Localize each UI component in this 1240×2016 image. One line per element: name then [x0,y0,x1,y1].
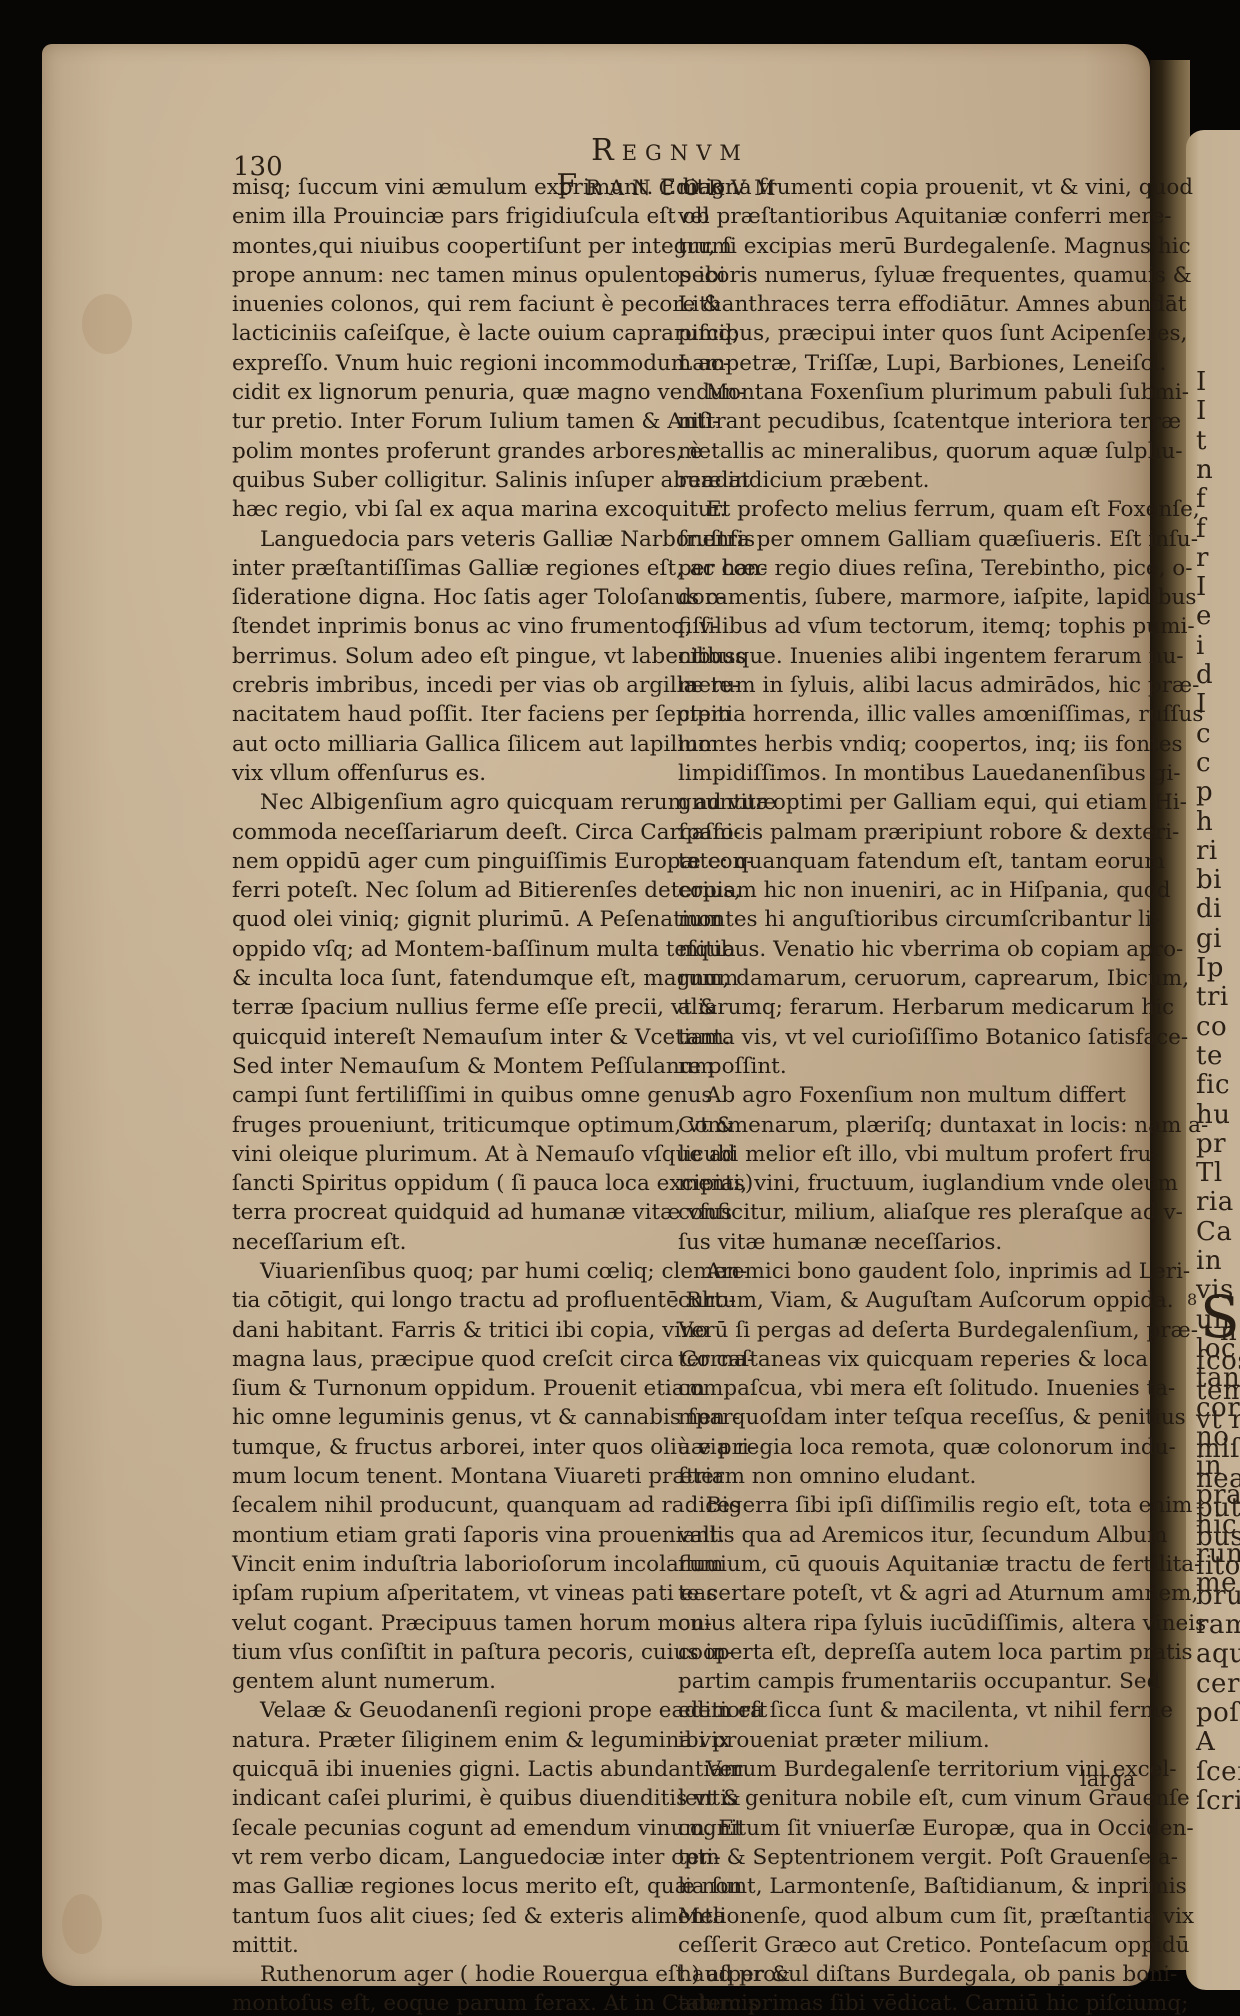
text-line: tem & Septentrionem vergit. Poſt Grauenſ… [678,1843,1124,1872]
text-line: à via regia loca remota, quæ colonorum i… [678,1433,1124,1462]
adjacent-text-fragment: brun [1196,1582,1240,1611]
text-line: Montana Foxenſium plurimum pabuli ſubmi- [678,378,1124,407]
text-line: pecoris numerus, ſyluæ frequentes, quamu… [678,261,1124,290]
text-line: inter præſtantiſſimas Galliæ regiones eſ… [232,554,664,583]
text-line: mitibus. Venatio hic vberrima ob copiam … [678,935,1124,964]
adjacent-text-fragment: bus [1196,1523,1240,1552]
text-line: misq; ſuccum vini æmulum exprimunt. Edit… [232,173,664,202]
text-line: indicant caſei plurimi, è quibus diuendi… [232,1784,664,1813]
text-line: ſancti Spiritus oppidum ( ſi pauca loca … [232,1169,664,1198]
margin-number: 8 [1187,1290,1197,1309]
text-line: tanta vis, vt vel curioſiſſimo Botanico … [678,1023,1124,1052]
adjacent-text-fragment: ri [1196,837,1218,866]
text-line: terræ ſpacium nullius ferme eſſe precii,… [232,993,664,1022]
adjacent-text-fragment: gi [1196,925,1222,954]
text-line: ferri poteſt. Nec ſolum ad Bitierenſes d… [232,876,664,905]
text-line: Verū ſi pergas ad deſerta Burdegalenſium… [678,1316,1124,1345]
text-line: fruſtra per omnem Galliam quæſiueris. Eſ… [678,525,1124,554]
text-line: copiam hic non inueniri, ac in Hiſpania,… [678,876,1124,905]
text-line: lacticiniis caſeiſque, è lacte ouium cap… [232,319,664,348]
adjacent-text-fragment: n [1220,1318,1237,1347]
text-line: licubi melior eſt illo, vbi multum profe… [678,1140,1124,1169]
adjacent-text-fragment: aqua [1196,1640,1240,1669]
text-line: Lampetræ, Triſſæ, Lupi, Barbiones, Lenei… [678,349,1124,378]
adjacent-text-fragment: ſcen [1196,1758,1240,1787]
adjacent-text-fragment: t [1196,427,1207,456]
text-line: compaſcua, vbi mera eſt ſolitudo. Inueni… [678,1374,1124,1403]
adjacent-text-fragment: miſſ [1196,1435,1240,1464]
paper-stain [82,294,132,354]
adjacent-text-fragment: te [1196,1042,1223,1071]
adjacent-text-fragment: litos [1196,1552,1240,1581]
text-line: niſtrant pecudibus, ſcatentque interiora… [678,407,1124,436]
text-line: quicquid intereſt Nemauſum inter & Vceti… [232,1023,664,1052]
text-line: hic omne leguminis genus, vt & cannabis … [232,1403,664,1432]
adjacent-page: IItnffrIeidIccphribidigiIptricotefichupr… [1186,130,1240,1990]
text-line: reæ indicium præbent. [678,466,1124,495]
adjacent-text-fragment: vt n [1196,1406,1240,1435]
adjacent-text-fragment: i [1196,632,1205,661]
paper-stain [62,1894,102,1954]
adjacent-text-fragment: I [1196,368,1207,397]
adjacent-text-fragment: poſſe [1196,1699,1240,1728]
adjacent-text-fragment: ria [1196,1188,1234,1217]
text-line: metallis ac mineralibus, quorum aquæ ſul… [678,437,1124,466]
text-line: re poſſint. [678,1052,1124,1081]
text-line: Sed inter Nemauſum & Montem Peſſulanum [232,1052,664,1081]
adjacent-text-fragment: ſcrip [1196,1787,1240,1816]
adjacent-text-fragment: Ca [1196,1218,1232,1247]
text-line: Viuarienſibus quoq; par humi cœliq; clem… [232,1257,664,1286]
text-line: editiora ſicca ſunt & macilenta, vt nihi… [678,1696,1124,1725]
text-line: cidit ex lignorum penuria, quæ magno ven… [232,378,664,407]
text-line: Nec Albigenſium agro quicquam rerum ad v… [232,788,664,817]
text-line: prope annum: nec tamen minus opulentos i… [232,261,664,290]
text-line: Ab agro Foxenſium non multum differt [678,1081,1124,1110]
text-line: aut octo milliaria Gallica ſilicem aut l… [232,730,664,759]
text-line: fiſſilibus ad vſum tectorum, itemq; toph… [678,612,1124,641]
text-line: piſcibus, præcipui inter quos ſunt Acipe… [678,319,1124,348]
text-line: polim montes proferunt grandes arbores, … [232,437,664,466]
text-line: hæc regio, vbi ſal ex aqua marina excoqu… [232,495,664,524]
text-line: men quoſdam inter teſqua receſſus, & pen… [678,1403,1124,1432]
adjacent-text-fragment: c [1196,749,1211,778]
text-line: terra procreat quidquid ad humanæ vitæ v… [232,1198,664,1227]
text-line: montes,qui niuibus coopertiſunt per inte… [232,232,664,261]
text-line: neceſſarium eſt. [232,1228,664,1257]
adjacent-text-fragment: A [1196,1728,1215,1757]
text-line: vallis qua ad Aremicos itur, ſecundum Al… [678,1521,1124,1550]
text-line: te certare poteſt, vt & agri ad Aturnum … [678,1579,1124,1608]
text-line: montes herbis vndiq; coopertos, inq; iis… [678,730,1124,759]
adjacent-text-fragment: fic [1196,1071,1230,1100]
text-line: oppido vſq; ad Montem-baſſinum multa teſ… [232,935,664,964]
text-line: magna laus, præcipue quod creſcit circa … [232,1345,664,1374]
text-line: ſus vitæ humanæ neceſſarios. [678,1228,1124,1257]
text-line: ſpanicis palmam præripiunt robore & dext… [678,818,1124,847]
text-line: partim campis frumentariis occupantur. S… [678,1667,1124,1696]
text-line: Ruthenorum ager ( hodie Rouergua eſt ) a… [232,1960,664,1989]
adjacent-text-fragment: e [1196,602,1212,631]
text-line: ſecale pecunias cogunt ad emendum vinum.… [232,1814,664,1843]
text-line: Lithanthraces terra effodiātur. Amnes ab… [678,290,1124,319]
text-line: aliarumq; ferarum. Herbarum medicarum hi… [678,993,1124,1022]
text-line: mas Galliæ regiones locus merito eſt, qu… [232,1872,664,1901]
text-line: gentem alunt numerum. [232,1667,664,1696]
text-line: conficitur, milium, aliaſque res pleraſq… [678,1198,1124,1227]
catchword: larga [1080,1767,1135,1791]
text-line: vel præſtantioribus Aquitaniæ conferri m… [678,202,1124,231]
adjacent-text-fragment: tri [1196,983,1229,1012]
text-line: Bigerra ſibi ipſi diſſimilis regio eſt, … [678,1491,1124,1520]
text-line: nem oppidū ager cum pinguiſſimis Europæ … [232,847,664,876]
text-line: vix vllum offenſurus es. [232,759,664,788]
text-line: commoda neceſſariarum deeſt. Circa Carca… [232,818,664,847]
text-line: magna frumenti copia prouenit, vt & vini… [678,173,1124,202]
text-line: cognitum ſit vniuerſæ Europæ, qua in Occ… [678,1814,1124,1843]
text-line: ſecalem nihil producunt, quanquam ad rad… [232,1491,664,1520]
text-line: gnuntur optimi per Galliam equi, qui eti… [678,788,1124,817]
text-line: curtum, Viam, & Auguſtam Auſcorum oppida… [678,1286,1124,1315]
text-line: mum locum tenent. Montana Viuareti præte… [232,1462,664,1491]
adjacent-text-fragment: co [1196,1013,1227,1042]
text-line: Vincit enim induſtria laborioſorum incol… [232,1550,664,1579]
text-column-right: magna frumenti copia prouenit, vt & vini… [678,173,1124,2016]
text-line: menti, vini, fructuum, iuglandium vnde o… [678,1169,1124,1198]
adjacent-text-fragment: p [1196,778,1213,807]
text-line: lia ſunt, Larmontenſe, Baſtidianum, & in… [678,1872,1124,1901]
text-line: quod olei viniq; gignit plurimū. A Peſen… [232,905,664,934]
text-line: merum in ſyluis, alibi lacus admirādos, … [678,671,1124,700]
text-line: cipitia horrenda, illic valles amœniſſim… [678,700,1124,729]
adjacent-text-fragment: bi [1196,866,1222,895]
text-line: quibus Suber colligitur. Salinis inſuper… [232,466,664,495]
text-line: tur pretio. Inter Forum Iulium tamen & A… [232,407,664,436]
adjacent-text-fragment: ſcos [1196,1347,1240,1376]
adjacent-text-fragment: h [1196,808,1213,837]
text-line: Aremici bono gaudent ſolo, inprimis ad L… [678,1257,1124,1286]
text-line: crebris imbribus, incedi per vias ob arg… [232,671,664,700]
text-line: tumque, & fructus arborei, inter quos ol… [232,1433,664,1462]
text-line: Commenarum, plæriſq; duntaxat in locis: … [678,1111,1124,1140]
text-line: tatem primas ſibi vēdicat. Carniū hic pi… [678,1989,1124,2016]
adjacent-text-fragment: Ip [1196,954,1224,983]
text-line: fruges proueniunt, triticumque optimum, … [232,1111,664,1140]
text-line: Velaæ & Geuodanenſi regioni prope eadem … [232,1696,664,1725]
text-line: mittit. [232,1931,664,1960]
text-line: ter caſtaneas vix quicquam reperies & lo… [678,1345,1124,1374]
text-line: inuenies colonos, qui rem faciunt è peco… [232,290,664,319]
text-line: fluuium, cū quouis Aquitaniæ tractu de f… [678,1550,1124,1579]
text-line: vt rem verbo dicam, Languedociæ inter op… [232,1843,664,1872]
text-line: Melionenſe, quod album cum ſit, præſtant… [678,1902,1124,1931]
text-line: lentis genitura nobile eſt, cum vinum Gr… [678,1784,1124,1813]
text-line: limpidiſſimos. In montibus Lauedanenſibu… [678,759,1124,788]
text-line: Et profecto melius ferrum, quam eſt Foxe… [678,495,1124,524]
text-line: expreſſo. Vnum huic regioni incommodum a… [232,349,664,378]
text-line: montium etiam grati ſaporis vina proueni… [232,1521,664,1550]
text-line: ſtriam non omnino eludant. [678,1462,1124,1491]
text-line: berrimus. Solum adeo eſt pingue, vt labe… [232,642,664,671]
adjacent-text-fragment: nea. [1196,1465,1240,1494]
adjacent-text-fragment: put [1196,1494,1240,1523]
adjacent-text-fragment: Tl [1196,1159,1223,1188]
text-line: montes hi anguſtioribus circumſcribantur… [678,905,1124,934]
text-line: tate: quanquam fatendum eſt, tantam eoru… [678,847,1124,876]
text-line: ipſam rupium aſperitatem, vt vineas pati… [232,1579,664,1608]
text-line: tantum ſuos alit ciues; ſed & exteris al… [232,1902,664,1931]
text-line: campi ſunt fertiliſſimi in quibus omne g… [232,1081,664,1110]
adjacent-text-fragment: I [1196,573,1207,602]
text-line: rum, damarum, ceruorum, caprearum, Ibicu… [678,964,1124,993]
text-line: Verum Burdegalenſe territorium vini exce… [678,1755,1124,1784]
text-line: dani habitant. Farris & tritici ibi copi… [232,1316,664,1345]
text-line: quicquā ibi inuenies gigni. Lactis abund… [232,1755,664,1784]
text-line: ſium & Turnonum oppidum. Prouenit etiam [232,1374,664,1403]
text-line: nacitatem haud poſſit. Iter faciens per … [232,700,664,729]
text-line: ceſſerit Græco aut Cretico. Ponteſacum o… [678,1931,1124,1960]
text-line: vini oleique plurimum. At à Nemauſo vſqu… [232,1140,664,1169]
text-line: tium vſus conſiſtit in paſtura pecoris, … [232,1638,664,1667]
text-line: cooperta eſt, depreſſa autem loca partim… [678,1638,1124,1667]
text-line: tur, ſi excipias merū Burdegalenſe. Magn… [678,232,1124,261]
text-line: haud procul diſtans Burdegala, ob panis … [678,1960,1124,1989]
text-line: per hæc regio diues reſina, Terebintho, … [678,554,1124,583]
adjacent-text-fragment: n [1196,456,1213,485]
text-line: montoſus eſt, eoque parum ferax. At in C… [232,1989,664,2016]
text-line: ſideratione digna. Hoc ſatis ager Toloſa… [232,583,664,612]
text-line: doramentis, ſubere, marmore, iaſpite, la… [678,583,1124,612]
text-line: cibusque. Inuenies alibi ingentem feraru… [678,642,1124,671]
adjacent-text-fragment: tem [1196,1377,1240,1406]
text-line: velut cogant. Præcipuus tamen horum mon- [232,1609,664,1638]
text-line: natura. Præter ſiliginem enim & legumina… [232,1726,664,1755]
text-line: tia cōtigit, qui longo tractu ad proflue… [232,1286,664,1315]
adjacent-text-fragment: certu [1196,1670,1240,1699]
text-line: ibi proueniat præter milium. [678,1726,1124,1755]
text-line: Languedocia pars veteris Galliæ Narbonen… [232,525,664,554]
adjacent-text-fragment: in [1196,1247,1222,1276]
text-line: cuius altera ripa ſyluis iucūdiſſimis, a… [678,1609,1124,1638]
text-column-left: misq; ſuccum vini æmulum exprimunt. Edit… [232,173,664,2016]
text-line: enim illa Prouinciæ pars frigidiuſcula e… [232,202,664,231]
adjacent-text-fragment: di [1196,895,1222,924]
text-line: & inculta loca ſunt, fatendumque eſt, ma… [232,964,664,993]
adjacent-text-fragment: I [1196,397,1207,426]
text-line: ſtendet inprimis bonus ac vino frumentoq… [232,612,664,641]
